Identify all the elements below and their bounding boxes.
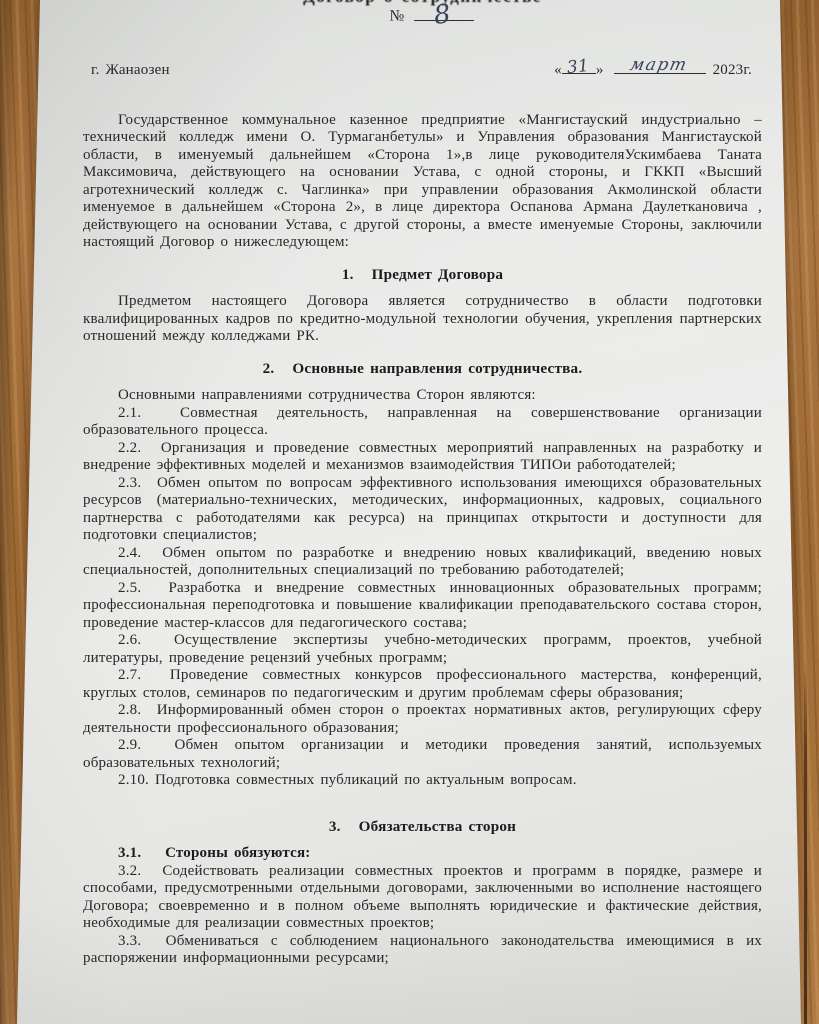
sections-container: 1. Предмет ДоговораПредметом настоящего … [83,266,762,968]
paper-shadow-wrap: Договор о сотрудничестве №8 г. Жанаозен … [0,0,819,1024]
date-month-blank: март [614,59,706,74]
number-blank-line: 8 [414,5,474,21]
paragraph: 2.10. Подготовка совместных публикаций п… [83,772,762,790]
handwritten-month: март [628,57,689,75]
section-heading: 3. Обязательства сторон [83,818,762,836]
date-year: 2023г. [713,62,752,80]
document-content: Договор о сотрудничестве №8 г. Жанаозен … [83,0,762,1024]
paragraph: 2.5. Разработка и внедрение совместных и… [83,580,762,633]
document-number-row: №8 [83,5,762,25]
handwritten-number: 8 [432,6,451,25]
date-line: «31»март2023г. [554,59,752,80]
date-close-quote: » [596,62,604,80]
city-label: г. Жанаозен [91,62,170,80]
number-sign: № [390,8,405,25]
date-open-quote: « [554,62,562,80]
paragraph: 3.3. Обмениваться с соблюдением национал… [83,933,762,968]
paragraph: 2.9. Обмен опытом организации и методики… [83,737,762,772]
city-date-row: г. Жанаозен «31»март2023г. [83,59,762,80]
paragraph: 2.7. Проведение совместных конкурсов про… [83,667,762,702]
paragraph: 2.6. Осуществление экспертизы учебно-мет… [83,632,762,667]
paragraph: 3.2. Содействовать реализации совместных… [83,863,762,933]
paragraph: 2.1. Совместная деятельность, направленн… [83,405,762,440]
paragraph: 2.4. Обмен опытом по разработке и внедре… [83,545,762,580]
paragraph: Предметом настоящего Договора является с… [83,293,762,346]
document-page: Договор о сотрудничестве №8 г. Жанаозен … [0,0,819,1024]
handwritten-day: 31 [566,57,590,77]
paragraph: 2.3. Обмен опытом по вопросам эффективно… [83,475,762,545]
paragraph: Основными направлениями сотрудничества С… [83,387,762,405]
paragraph: 2.2. Организация и проведение совместных… [83,440,762,475]
paragraph: 2.8. Информированный обмен сторон о прое… [83,702,762,737]
date-day-blank: 31 [562,59,596,74]
preamble-paragraph: Государственное коммунальное казенное пр… [83,112,762,252]
section-heading: 1. Предмет Договора [83,266,762,284]
paragraph: 3.1. Стороны обязуются: [83,845,762,863]
desk-surface: Договор о сотрудничестве №8 г. Жанаозен … [0,0,819,1024]
section-heading: 2. Основные направления сотрудничества. [83,360,762,378]
